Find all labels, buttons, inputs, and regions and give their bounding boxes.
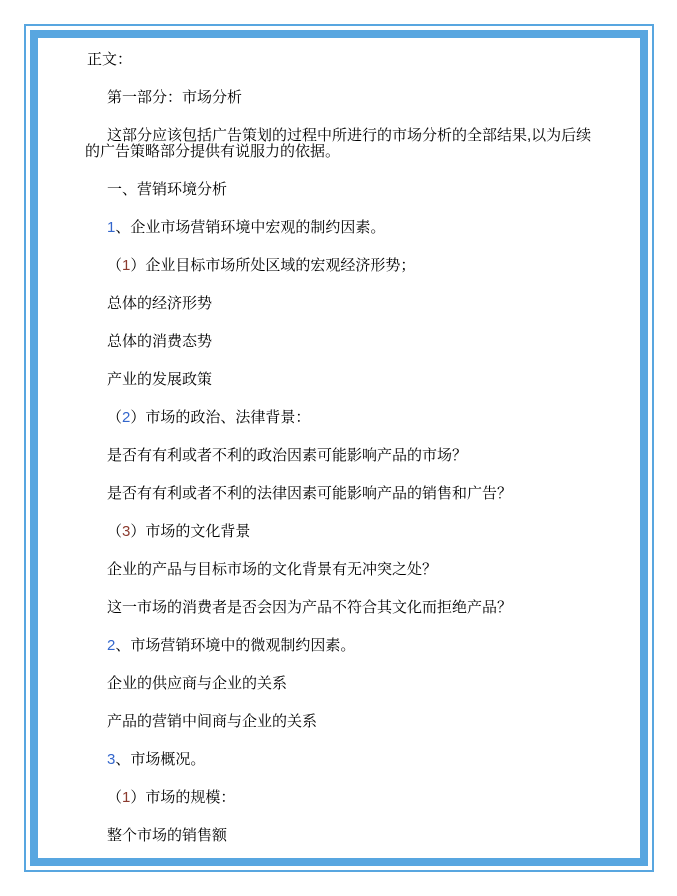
paragraph: 总体的消费态势	[85, 334, 600, 350]
text-run: 、市场概况。	[115, 751, 205, 768]
text-run: 这部分应该包括广告策划的过程中所进行的市场分析的全部结果,以为后续的广告策略部分…	[85, 127, 591, 160]
text-run: 产品的营销中间商与企业的关系	[107, 713, 317, 730]
text-run: ）市场的文化背景	[130, 523, 250, 540]
text-run: ）市场的规模：	[130, 789, 235, 806]
paragraph: 企业的产品与目标市场的文化背景有无冲突之处？	[85, 562, 600, 578]
paragraph: （1）企业目标市场所处区域的宏观经济形势；	[85, 258, 600, 274]
paragraph: 这部分应该包括广告策划的过程中所进行的市场分析的全部结果,以为后续的广告策略部分…	[85, 128, 600, 160]
paragraph: 是否有有利或者不利的法律因素可能影响产品的销售和广告？	[85, 486, 600, 502]
text-run: 正文：	[87, 51, 132, 68]
paragraph: 企业的供应商与企业的关系	[85, 676, 600, 692]
text-run: （	[107, 523, 122, 540]
paragraph: 是否有有利或者不利的政治因素可能影响产品的市场？	[85, 448, 600, 464]
text-run: ）市场的政治、法律背景：	[130, 409, 310, 426]
text-run: 、市场营销环境中的微观制约因素。	[115, 637, 355, 654]
text-run: （	[107, 789, 122, 806]
paragraph: 总体的经济形势	[85, 296, 600, 312]
paragraph: 产业的发展政策	[85, 372, 600, 388]
paragraph: 整个市场的销售额	[85, 828, 600, 844]
paragraph: 产品的营销中间商与企业的关系	[85, 714, 600, 730]
paragraph: 正文：	[85, 52, 600, 68]
text-run: 一、营销环境分析	[107, 181, 227, 198]
text-run: 总体的经济形势	[107, 295, 212, 312]
paragraph: 第一部分：市场分析	[85, 90, 600, 106]
paragraph: 这一市场的消费者是否会因为产品不符合其文化而拒绝产品？	[85, 600, 600, 616]
text-run: 整个市场的销售额	[107, 827, 227, 844]
text-run: 第一部分：市场分析	[107, 89, 242, 106]
text-run: 产业的发展政策	[107, 371, 212, 388]
paragraph: 3、市场概况。	[85, 752, 600, 768]
text-run: （	[107, 409, 122, 426]
text-run: 总体的消费态势	[107, 333, 212, 350]
text-run: 是否有有利或者不利的政治因素可能影响产品的市场？	[107, 447, 467, 464]
page-border-inner-band: 正文：第一部分：市场分析这部分应该包括广告策划的过程中所进行的市场分析的全部结果…	[30, 30, 648, 866]
text-run: 、企业市场营销环境中宏观的制约因素。	[115, 219, 385, 236]
paragraph: （2）市场的政治、法律背景：	[85, 410, 600, 426]
page-border-frame: 正文：第一部分：市场分析这部分应该包括广告策划的过程中所进行的市场分析的全部结果…	[24, 24, 654, 872]
text-run: ）企业目标市场所处区域的宏观经济形势；	[130, 257, 415, 274]
text-run: （	[107, 257, 122, 274]
text-run: 是否有有利或者不利的法律因素可能影响产品的销售和广告？	[107, 485, 512, 502]
text-run: 企业的供应商与企业的关系	[107, 675, 287, 692]
paragraph: （1）市场的规模：	[85, 790, 600, 806]
text-run: 这一市场的消费者是否会因为产品不符合其文化而拒绝产品？	[107, 599, 512, 616]
paragraph: 一、营销环境分析	[85, 182, 600, 198]
document-body: 正文：第一部分：市场分析这部分应该包括广告策划的过程中所进行的市场分析的全部结果…	[38, 38, 640, 858]
paragraph: 2、市场营销环境中的微观制约因素。	[85, 638, 600, 654]
paragraph: 1、企业市场营销环境中宏观的制约因素。	[85, 220, 600, 236]
text-run: 企业的产品与目标市场的文化背景有无冲突之处？	[107, 561, 437, 578]
paragraph: （3）市场的文化背景	[85, 524, 600, 540]
